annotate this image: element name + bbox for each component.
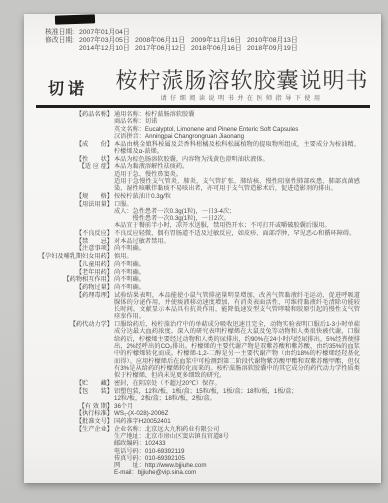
revision-date: 2018年06月16日 (191, 45, 247, 53)
section-content: 企业名称：北京远大九和药业有限公司生产地址：北京市房山区窦店镇良官道8号邮政编码… (114, 426, 360, 477)
section-content: 口服。成人：急性患者一次0.3g(1粒)，一日3-4次； 慢性患者一次0.3g(… (114, 201, 360, 230)
section-paragraph: 英文名称：Eucalyptol, Limonene and Pinene Ent… (114, 126, 360, 133)
revision-date: 2018年09月19日 (247, 45, 303, 53)
section-row: 【有 效 期】 36个月 (24, 403, 360, 410)
section-label: 【贮 藏】 (24, 380, 114, 387)
section-paragraph: 口服。 (114, 201, 360, 208)
section-label: 【性 状】 (24, 156, 114, 163)
section-content: 36个月 (114, 403, 360, 410)
section-row: 【贮 藏】 密封，在阴凉处（不超过20℃）保存。 (24, 380, 360, 387)
section-paragraph: 12粒/板，2板/盒；18粒/板，2板/盒。 (114, 395, 360, 402)
section-row: 【成 份】 本品由桃金娘科桉属及芸香科柑橘及松科松属植物的提取物所组成，主要成分… (24, 141, 360, 156)
page-title: 桉柠蒎肠溶软胶囊说明书 (103, 64, 381, 95)
revision-date: 2014年12月10日 (79, 45, 135, 53)
section-content: 口服给药后，桉柠蒎治疗中的单萜成分吸收迅速且完全，动物实验表明口服后1-3小时单… (114, 321, 360, 379)
section-content: 本品由桃金娘科桉属及芸香科柑橘及松科松属植物的提取物所组成，主要成分为桉油精、柠… (114, 141, 360, 156)
section-row: 【包 装】 铝塑包装，12粒/板，1板/盒；15粒/板，1板/盒；18粒/板，1… (24, 388, 360, 403)
section-row: 【性 状】 本品为棕色肠溶软胶囊，内容物为浅黄色澄明油状液体。 (24, 156, 360, 163)
section-content: 尚不明确。 (114, 269, 360, 276)
section-row: 【药物相互作用】 尚不明确。 (24, 276, 360, 283)
section-content: 不良反应轻微，偶有胃肠道不适及过敏反应，如皮疹、面部浮肿，罕见恶心和循环障碍。 (114, 230, 360, 237)
section-paragraph: 商品名称：切诺 (114, 118, 360, 125)
section-content: 尚不明确。 (114, 245, 360, 252)
section-paragraph: 不良反应轻微，偶有胃肠道不适及过敏反应，如皮疹、面部浮肿，罕见恶心和循环障碍。 (114, 230, 360, 237)
section-paragraph: 本品为棕色肠溶软胶囊，内容物为浅黄色澄明油状液体。 (114, 156, 360, 163)
section-row: 【老年用药】 尚不明确。 (24, 269, 360, 276)
section-content: 国药准字H20052401 (114, 418, 360, 425)
header-divider (36, 105, 370, 108)
section-content: 试验结果表明，本品能使小鼠气管排泌量明显增加，改善气管黏液纤毛运动，促进呼吸道腺… (114, 292, 360, 321)
section-label: 【禁 忌】 (24, 238, 114, 245)
section-label: 【成 份】 (24, 141, 114, 156)
section-paragraph: 成人：急性患者一次0.3g(1粒)，一日3-4次； (114, 208, 360, 215)
section-paragraph: 国药准字H20052401 (114, 418, 360, 425)
section-paragraph: 口服给药后，桉柠蒎治疗中的单萜成分吸收迅速且完全，动物实验表明口服后1-3小时单… (114, 321, 360, 379)
section-label: 【儿童用药】 (24, 261, 114, 268)
section-paragraph: 尚不明确。 (114, 269, 360, 276)
section-label: 【药品名称】 (24, 111, 114, 140)
section-label: 【用法用量】 (24, 201, 114, 230)
section-row: 【规 格】 按桉柠蒎油计0.3g/粒 (24, 193, 360, 200)
section-paragraph: 电话号码：010-69392119 (114, 448, 360, 455)
section-row: 【禁 忌】 对本品过敏者禁用。 (24, 238, 360, 245)
revision-date-line-2: 2014年12月10日2017年06月12日2018年06月16日2018年09… (45, 45, 303, 53)
leaflet-sections: 【药品名称】 通用名称：桉柠蒎肠溶软胶囊商品名称：切诺英文名称：Eucalypt… (24, 111, 360, 477)
section-label: 【药物过量】 (24, 284, 114, 291)
section-label: 【适 应 症】 (24, 163, 114, 192)
section-label: 【药物相互作用】 (24, 276, 114, 283)
approval-date-line: 核准日期:2007年01月04日 (45, 29, 303, 37)
section-content: 通用名称：桉柠蒎肠溶软胶囊商品名称：切诺英文名称：Eucalyptol, Lim… (114, 111, 360, 140)
section-label: 【有 效 期】 (24, 403, 114, 410)
section-label: 【不良反应】 (24, 230, 114, 237)
section-content: 本品为黏液溶解性祛痰药。适用于急、慢性鼻窦炎。适用于急慢性支气管炎、肺炎、支气管… (114, 163, 360, 192)
section-label: 【孕妇及哺乳期妇女用药】 (24, 253, 114, 260)
section-row: 【执行标准】 WS₁-(X-028)-2006Z (24, 410, 360, 417)
section-paragraph: 邮政编码：102433 (114, 440, 360, 447)
section-paragraph: 试验结果表明，本品能使小鼠气管排泌量明显增加，改善气管黏液纤毛运动，促进呼吸道腺… (114, 292, 360, 321)
section-paragraph: 对本品过敏者禁用。 (114, 238, 360, 245)
section-paragraph: 本品宜于餐前半小时，凉开水送服，禁用热开水；不可打开或嚼破胶囊后服用。 (114, 222, 360, 229)
section-paragraph: 网 址：http://www.bjjiuhe.com (114, 462, 360, 469)
section-row: 【适 应 症】 本品为黏液溶解性祛痰药。适用于急、慢性鼻窦炎。适用于急慢性支气管… (24, 163, 360, 192)
section-content: 对本品过敏者禁用。 (114, 238, 360, 245)
section-row: 【药代动力学】 口服给药后，桉柠蒎治疗中的单萜成分吸收迅速且完全，动物实验表明口… (24, 321, 360, 379)
section-paragraph: 36个月 (114, 403, 360, 410)
section-paragraph: 本品为黏液溶解性祛痰药。 (114, 163, 360, 170)
section-content: 慎用。 (114, 253, 360, 260)
section-row: 【药品名称】 通用名称：桉柠蒎肠溶软胶囊商品名称：切诺英文名称：Eucalypt… (24, 111, 360, 140)
section-row: 【药理毒理】 试验结果表明，本品能使小鼠气管排泌量明显增加，改善气管黏液纤毛运动… (24, 292, 360, 321)
section-label: 【药理毒理】 (24, 292, 114, 321)
revision-date: 2007年03月05日 (79, 37, 135, 45)
brand-name: 切诺 (48, 76, 88, 99)
section-label: 【批准文号】 (24, 418, 114, 425)
section-row: 【批准文号】 国药准字H20052401 (24, 418, 360, 425)
leaflet-paper: 核准日期:2007年01月04日 修改日期:2007年03月05日2008年06… (24, 14, 381, 483)
section-content: 尚不明确。 (114, 276, 360, 283)
section-content: 本品为棕色肠溶软胶囊，内容物为浅黄色澄明油状液体。 (114, 156, 360, 163)
section-row: 【药物过量】 尚不明确。 (24, 284, 360, 291)
section-paragraph: 本品由桃金娘科桉属及芸香科柑橘及松科松属植物的提取物所组成，主要成分为桉油精、柠… (114, 141, 360, 156)
section-content: WS₁-(X-028)-2006Z (114, 410, 360, 417)
section-row: 【注意事项】 尚不明确。 (24, 245, 360, 252)
section-paragraph: E-mail：bjjiuhe@vip.sina.com (114, 469, 360, 476)
section-row: 【用法用量】 口服。成人：急性患者一次0.3g(1粒)，一日3-4次； 慢性患者… (24, 201, 360, 230)
section-paragraph: 尚不明确。 (114, 245, 360, 252)
section-label: 【规 格】 (24, 193, 114, 200)
section-label: 【包 装】 (24, 388, 114, 403)
dates-block: 核准日期:2007年01月04日 修改日期:2007年03月05日2008年06… (45, 29, 303, 53)
revision-date: 2017年06月12日 (135, 45, 191, 53)
section-label: 【执行标准】 (24, 410, 114, 417)
section-paragraph: 慎用。 (114, 253, 360, 260)
section-content: 尚不明确。 (114, 261, 360, 268)
revision-date: 2009年11月16日 (191, 37, 247, 45)
section-content: 铝塑包装，12粒/板，1板/盒；15粒/板，1板/盒；18粒/板，1板/盒；12… (114, 388, 360, 403)
revision-date: 2008年06月11日 (135, 37, 191, 45)
approval-date-label: 核准日期: (45, 29, 79, 37)
section-row: 【生产企业】 企业名称：北京远大九和药业有限公司生产地址：北京市房山区窦店镇良官… (24, 426, 360, 477)
section-paragraph: 铝塑包装，12粒/板，1板/盒；15粒/板，1板/盒；18粒/板，1板/盒； (114, 388, 360, 395)
redaction-mark (55, 14, 95, 24)
revision-date: 2010年08月13日 (247, 37, 303, 45)
section-row: 【儿童用药】 尚不明确。 (24, 261, 360, 268)
section-content: 尚不明确。 (114, 284, 360, 291)
section-row: 【孕妇及哺乳期妇女用药】 慎用。 (24, 253, 360, 260)
section-paragraph: 尚不明确。 (114, 261, 360, 268)
revision-date-line-1: 修改日期:2007年03月05日2008年06月11日2009年11月16日20… (45, 37, 303, 45)
section-content: 密封，在阴凉处（不超过20℃）保存。 (114, 380, 360, 387)
section-row: 【不良反应】 不良反应轻微，偶有胃肠道不适及过敏反应，如皮疹、面部浮肿，罕见恶心… (24, 230, 360, 237)
section-paragraph: 尚不明确。 (114, 284, 360, 291)
section-paragraph: 尚不明确。 (114, 276, 360, 283)
section-paragraph: 密封，在阴凉处（不超过20℃）保存。 (114, 380, 360, 387)
approval-date-value: 2007年01月04日 (79, 29, 135, 37)
section-label: 【老年用药】 (24, 269, 114, 276)
section-paragraph: 按桉柠蒎油计0.3g/粒 (114, 193, 360, 200)
section-label: 【注意事项】 (24, 245, 114, 252)
section-label: 【药代动力学】 (24, 321, 114, 379)
section-paragraph: 适用于急慢性支气管炎、肺炎、支气管扩张、肺结核、慢性阻塞性肺部疾患、肺部真菌感染… (114, 178, 360, 193)
revision-date-label: 修改日期: (45, 37, 79, 45)
section-paragraph: 企业名称：北京远大九和药业有限公司 (114, 426, 360, 433)
section-content: 按桉柠蒎油计0.3g/粒 (114, 193, 360, 200)
section-paragraph: 适用于急、慢性鼻窦炎。 (114, 171, 360, 178)
section-paragraph: 汉语拼音：Anningpai Changrongruan Jiaonang (114, 133, 360, 140)
title-caution-note: 请仔细阅读说明书并在医师指导下使用 (103, 93, 381, 102)
section-label: 【生产企业】 (24, 426, 114, 477)
section-paragraph: WS₁-(X-028)-2006Z (114, 410, 360, 417)
